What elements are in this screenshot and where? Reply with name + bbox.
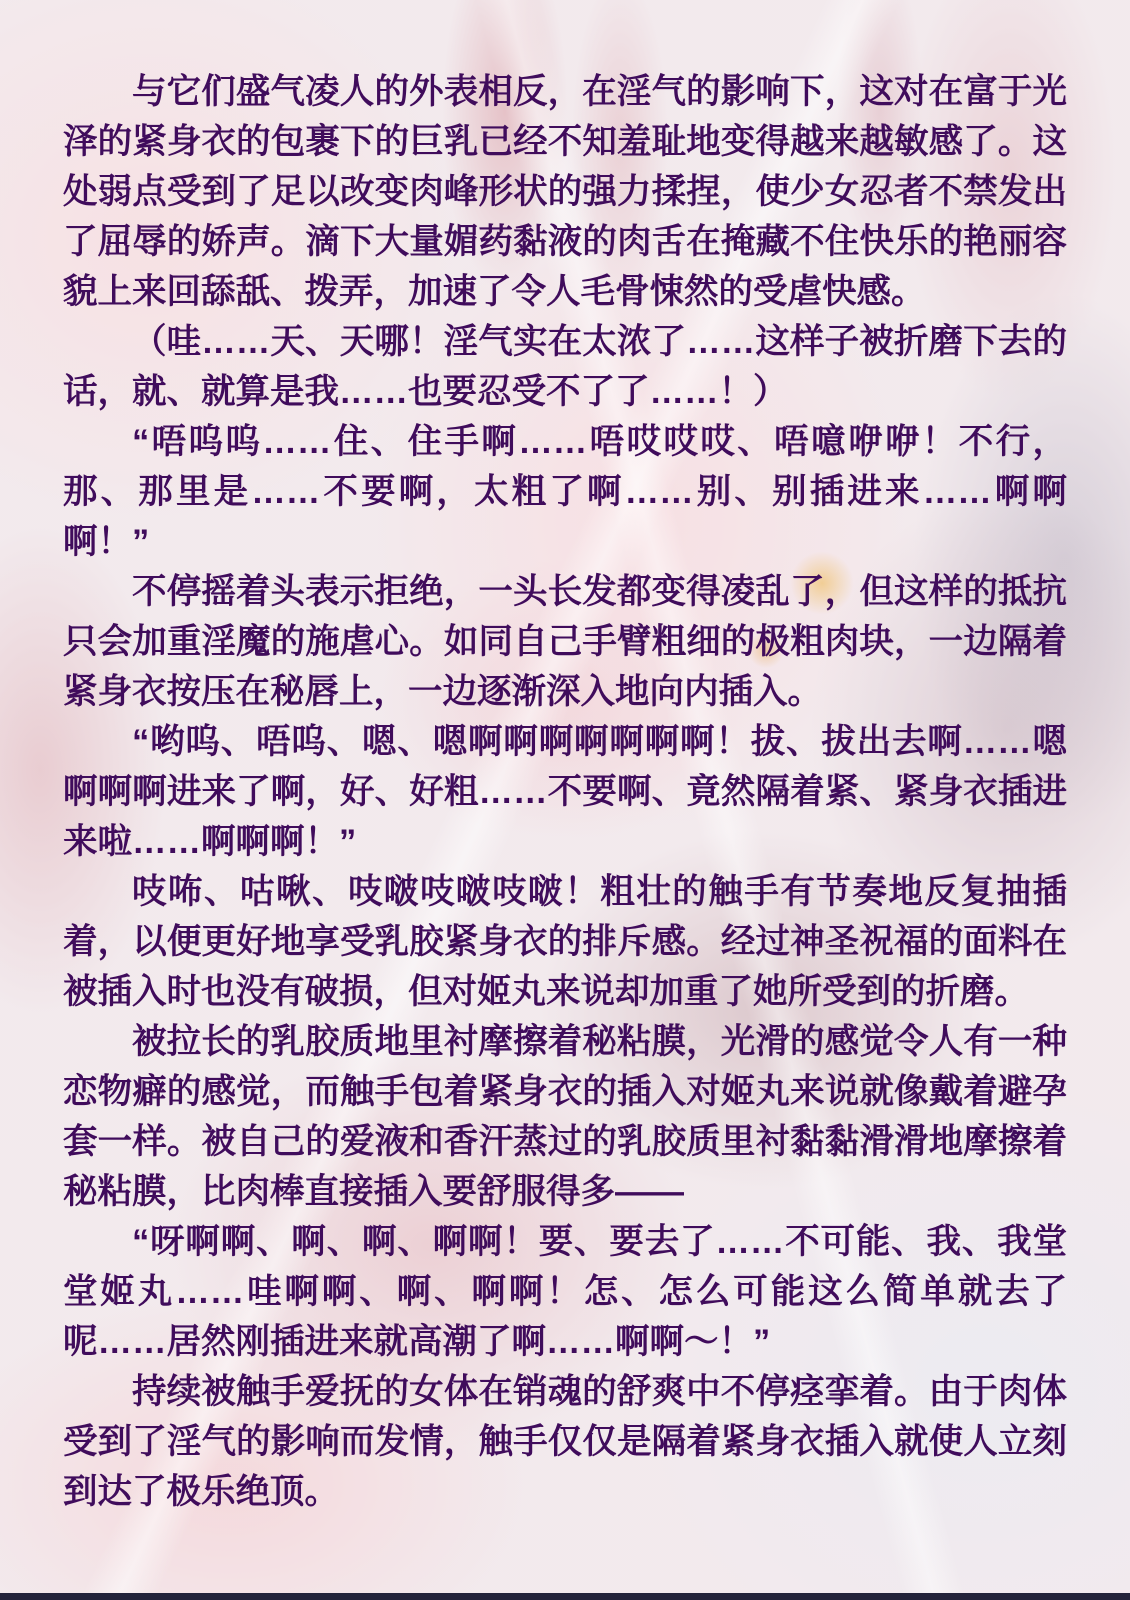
bottom-edge-strip [0, 1593, 1130, 1600]
paragraph-4: 不停摇着头表示拒绝，一头长发都变得凌乱了，但这样的抵抗只会加重淫魔的施虐心。如同… [63, 567, 1067, 717]
paragraph-9: 持续被触手爱抚的女体在销魂的舒爽中不停痉挛着。由于肉体受到了淫气的影响而发情，触… [63, 1367, 1067, 1517]
novel-page: 与它们盛气凌人的外表相反，在淫气的影响下，这对在富于光泽的紧身衣的包裹下的巨乳已… [0, 0, 1130, 1600]
paragraph-8: “呀啊啊、啊、啊、啊啊！要、要去了……不可能、我、我堂堂姬丸……哇啊啊、啊、啊啊… [63, 1217, 1067, 1367]
paragraph-5: “哟呜、唔呜、嗯、嗯啊啊啊啊啊啊啊！拔、拔出去啊……嗯啊啊啊进来了啊，好、好粗…… [63, 717, 1067, 867]
paragraph-1: 与它们盛气凌人的外表相反，在淫气的影响下，这对在富于光泽的紧身衣的包裹下的巨乳已… [63, 67, 1067, 317]
paragraph-7: 被拉长的乳胶质地里衬摩擦着秘粘膜，光滑的感觉令人有一种恋物癖的感觉，而触手包着紧… [63, 1017, 1067, 1217]
paragraph-6: 吱咘、咕啾、吱啵吱啵吱啵！粗壮的触手有节奏地反复抽插着，以便更好地享受乳胶紧身衣… [63, 867, 1067, 1017]
text-block: 与它们盛气凌人的外表相反，在淫气的影响下，这对在富于光泽的紧身衣的包裹下的巨乳已… [63, 67, 1067, 1517]
paragraph-2: （哇……天、天哪！淫气实在太浓了……这样子被折磨下去的话，就、就算是我……也要忍… [63, 317, 1067, 417]
paragraph-3: “唔呜呜……住、住手啊……唔哎哎哎、唔噫咿咿！不行，那、那里是……不要啊，太粗了… [63, 417, 1067, 567]
